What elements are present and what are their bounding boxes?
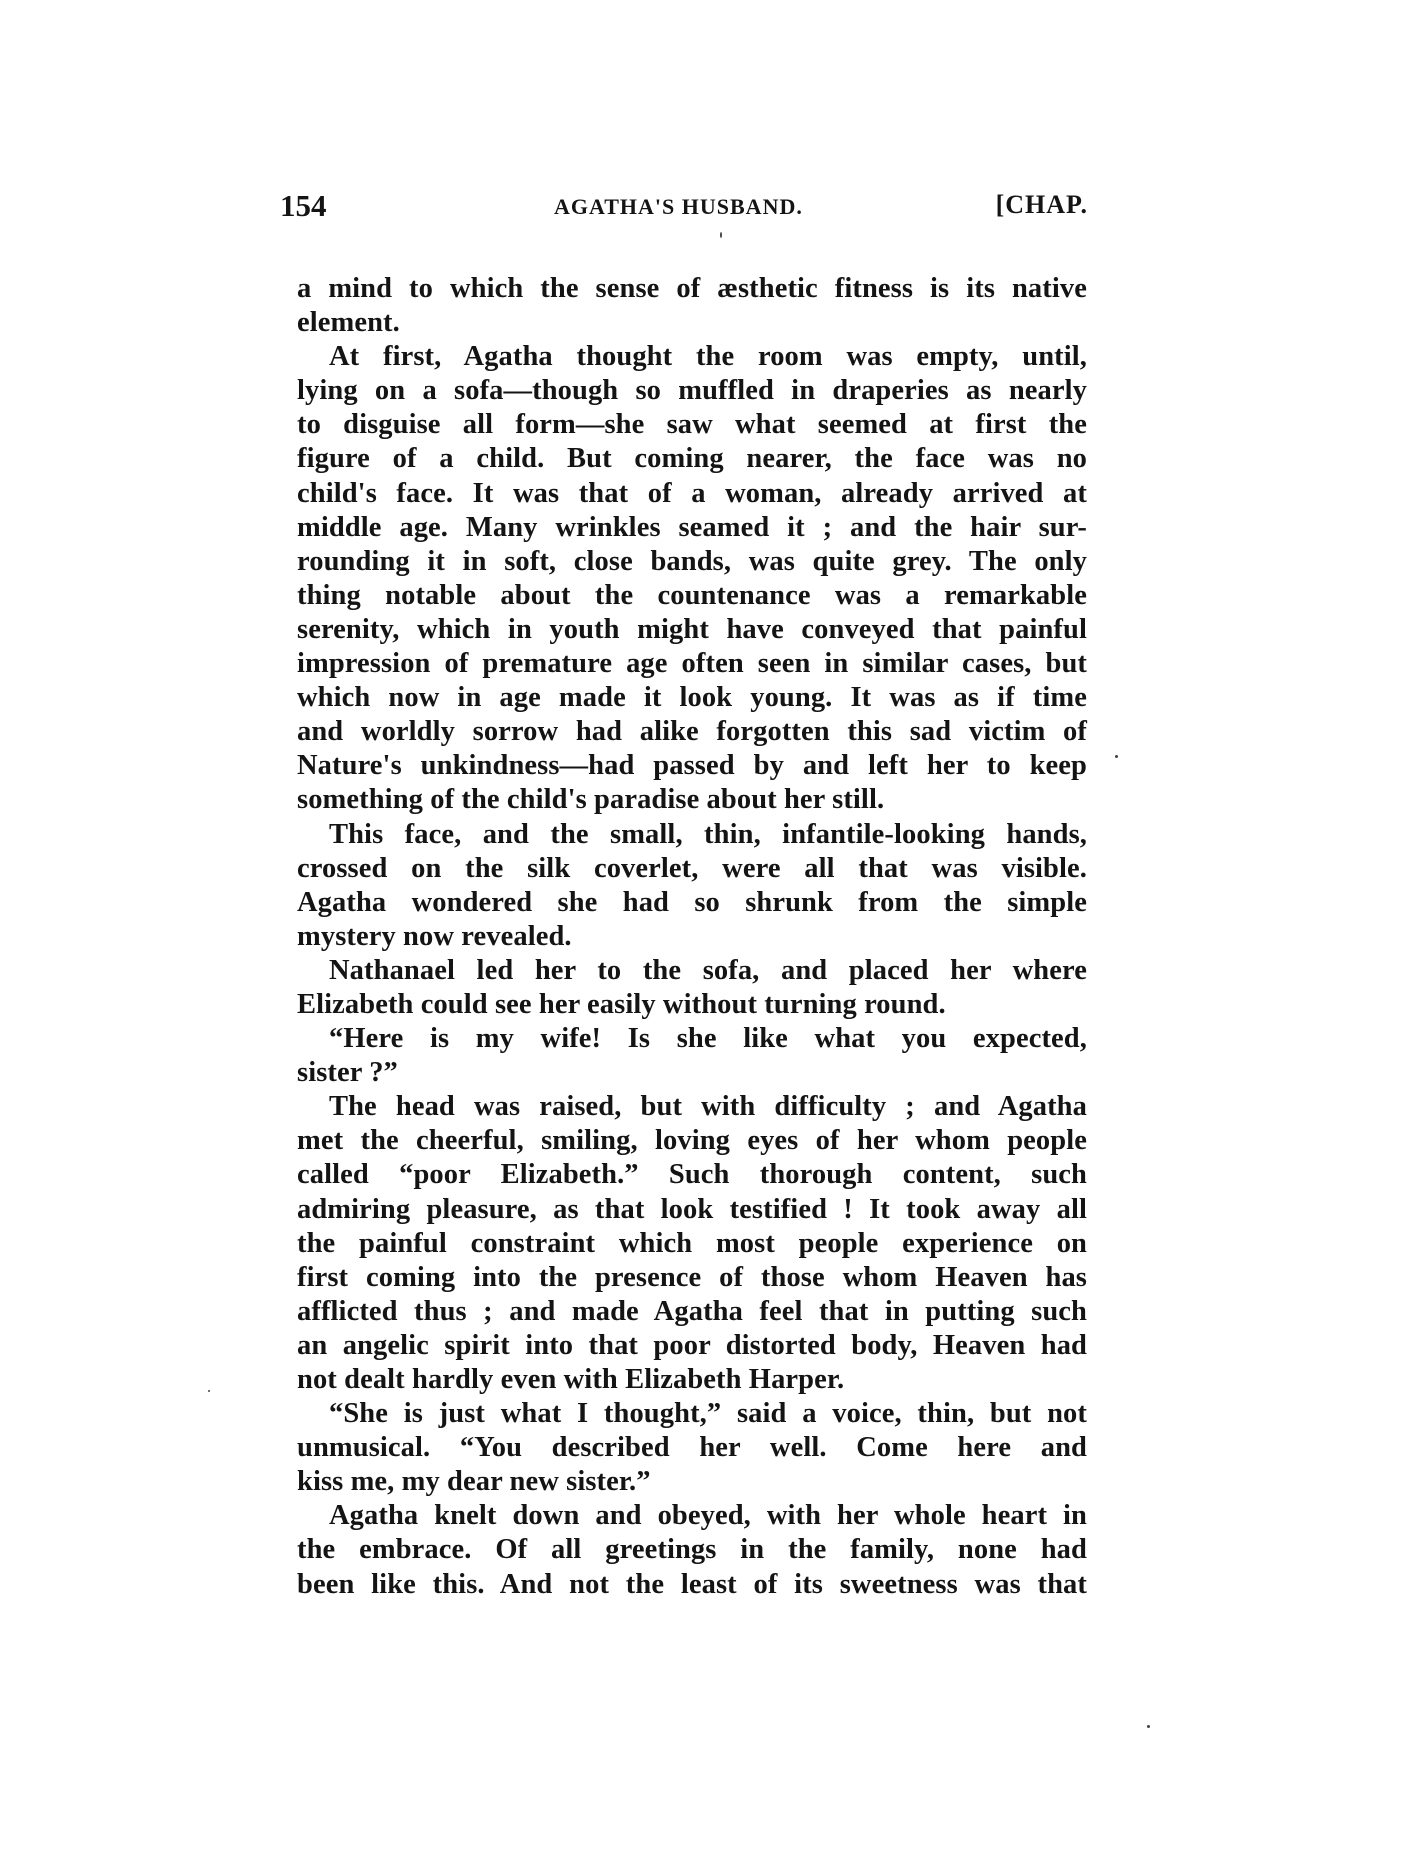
text-line: called “poor Elizabeth.” Such thorough c… xyxy=(297,1158,1087,1192)
text-line: This face, and the small, thin, infantil… xyxy=(297,818,1087,852)
scan-speck xyxy=(208,1390,210,1392)
text-line: The head was raised, but with difficulty… xyxy=(297,1090,1087,1124)
page-number: 154 xyxy=(280,188,327,224)
text-line: first coming into the presence of those … xyxy=(297,1261,1087,1295)
text-line: crossed on the silk coverlet, were all t… xyxy=(297,852,1087,886)
text-line: Nathanael led her to the sofa, and place… xyxy=(297,954,1087,988)
text-line: not dealt hardly even with Elizabeth Har… xyxy=(297,1363,1087,1397)
text-line: been like this. And not the least of its… xyxy=(297,1568,1087,1602)
text-line: something of the child's paradise about … xyxy=(297,783,1087,817)
text-line: Nature's unkindness—had passed by and le… xyxy=(297,749,1087,783)
text-line: Agatha wondered she had so shrunk from t… xyxy=(297,886,1087,920)
text-line: figure of a child. But coming nearer, th… xyxy=(297,442,1087,476)
text-line: middle age. Many wrinkles seamed it ; an… xyxy=(297,511,1087,545)
text-line: At first, Agatha thought the room was em… xyxy=(297,340,1087,374)
text-line: admiring pleasure, as that look testifie… xyxy=(297,1193,1087,1227)
text-line: “She is just what I thought,” said a voi… xyxy=(297,1397,1087,1431)
text-line: the embrace. Of all greetings in the fam… xyxy=(297,1533,1087,1567)
text-line: kiss me, my dear new sister.” xyxy=(297,1465,1087,1499)
text-line: element. xyxy=(297,306,1087,340)
text-line: child's face. It was that of a woman, al… xyxy=(297,477,1087,511)
text-line: a mind to which the sense of æsthetic fi… xyxy=(297,272,1087,306)
scan-speck xyxy=(1115,755,1118,758)
text-line: impression of premature age often seen i… xyxy=(297,647,1087,681)
text-line: thing notable about the countenance was … xyxy=(297,579,1087,613)
text-line: rounding it in soft, close bands, was qu… xyxy=(297,545,1087,579)
text-line: an angelic spirit into that poor distort… xyxy=(297,1329,1087,1363)
text-line: unmusical. “You described her well. Come… xyxy=(297,1431,1087,1465)
book-page: 154 AGATHA'S HUSBAND. [CHAP. a mind to w… xyxy=(0,0,1401,1851)
text-line: and worldly sorrow had alike forgotten t… xyxy=(297,715,1087,749)
text-line: “Here is my wife! Is she like what you e… xyxy=(297,1022,1087,1056)
text-line: serenity, which in youth might have conv… xyxy=(297,613,1087,647)
text-line: sister ?” xyxy=(297,1056,1087,1090)
body-text: a mind to which the sense of æsthetic fi… xyxy=(297,272,1087,1602)
text-line: afflicted thus ; and made Agatha feel th… xyxy=(297,1295,1087,1329)
text-line: met the cheerful, smiling, loving eyes o… xyxy=(297,1124,1087,1158)
text-line: to disguise all form—she saw what seemed… xyxy=(297,408,1087,442)
text-line: which now in age made it look young. It … xyxy=(297,681,1087,715)
scan-speck xyxy=(720,232,722,238)
text-line: mystery now revealed. xyxy=(297,920,1087,954)
chapter-label: [CHAP. xyxy=(996,190,1088,220)
text-line: Elizabeth could see her easily without t… xyxy=(297,988,1087,1022)
running-title: AGATHA'S HUSBAND. xyxy=(554,194,803,220)
page-header: 154 AGATHA'S HUSBAND. [CHAP. xyxy=(280,188,1088,228)
text-line: lying on a sofa—though so muffled in dra… xyxy=(297,374,1087,408)
scan-speck xyxy=(1147,1725,1150,1728)
text-line: Agatha knelt down and obeyed, with her w… xyxy=(297,1499,1087,1533)
text-line: the painful constraint which most people… xyxy=(297,1227,1087,1261)
